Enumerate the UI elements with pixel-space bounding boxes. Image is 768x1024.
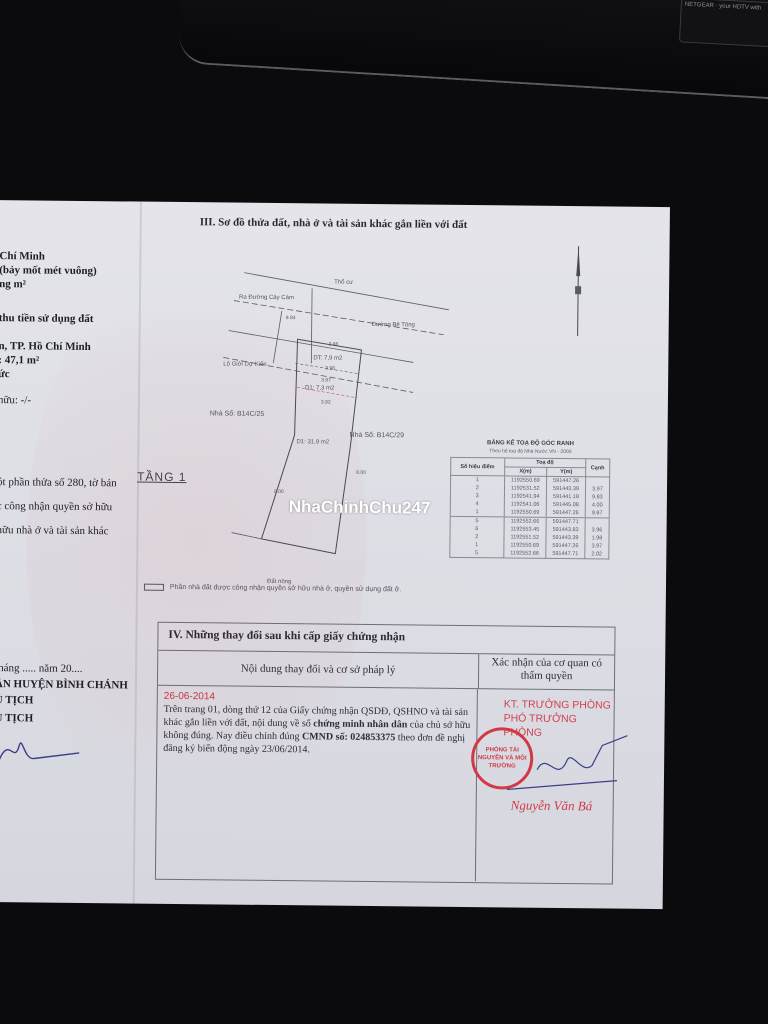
svg-text:3.96: 3.96 xyxy=(328,342,338,348)
svg-text:9.84: 9.84 xyxy=(286,315,296,321)
floor-label: TẦNG 1 xyxy=(137,470,186,485)
th-x: X(m) xyxy=(504,467,547,476)
svg-text:8.00: 8.00 xyxy=(274,489,284,495)
svg-text:8.00: 8.00 xyxy=(356,470,366,476)
neighbor-right-label: Nhà Số: B14C/29 xyxy=(350,432,405,440)
left-line: ột phần thửa số 280, tờ bản xyxy=(0,476,117,489)
coord-cell-y: 591447.26 xyxy=(547,476,586,485)
th-point: Số hiệu điểm xyxy=(451,457,505,476)
coord-cell-edge: 3.97 xyxy=(585,542,609,550)
left-line: tháng ..... năm 20.... xyxy=(0,662,83,675)
svg-text:DT: 7,9 m2: DT: 7,9 m2 xyxy=(313,355,343,361)
coord-cell-y: 591447.71 xyxy=(546,550,585,559)
neighbor-left-label: Nhà Số: B14C/25 xyxy=(210,410,265,418)
left-line: n, TP. Hồ Chí Minh xyxy=(0,340,91,353)
coord-row: 51192552.66591447.712.02 xyxy=(450,549,609,559)
changes-table: IV. Những thay đổi sau khi cấp giấy chứn… xyxy=(155,622,616,885)
th-y: Y(m) xyxy=(547,467,586,476)
left-line: (bảy mốt mét vuông) xyxy=(0,264,97,277)
svg-text:Đường Bê Tông: Đường Bê Tông xyxy=(372,322,415,328)
coord-table-subtitle: Theo hệ toạ độ Nhà Nước VN - 2000 xyxy=(450,448,610,456)
left-line: Ủ TỊCH xyxy=(0,712,33,724)
left-line: ức xyxy=(0,368,10,380)
col-content-header: Nội dung thay đổi và cơ sở pháp lý xyxy=(158,651,479,688)
left-line: hữu: -/- xyxy=(0,394,31,406)
coord-cell-edge: 3.97 xyxy=(585,485,609,493)
confirm-cell: KT. TRƯỞNG PHÒNG PHÓ TRƯỞNG PHÒNG PHÒNG … xyxy=(476,689,614,882)
left-line: Chí Minh xyxy=(0,250,45,262)
svg-text:D1: 31,9 m2: D1: 31,9 m2 xyxy=(296,439,329,445)
col-confirm-header: Xác nhận của cơ quan có thẩm quyền xyxy=(479,654,614,689)
device-label: NETGEAR · your HDTV with xyxy=(679,0,768,48)
left-line: c công nhận quyền sở hữu xyxy=(0,500,112,513)
coord-cell-point: 5 xyxy=(450,549,504,558)
left-line: : 47,1 m² xyxy=(0,354,39,366)
brand-watermark: NhaChinhChu247 xyxy=(289,497,431,518)
entry-bold: chứng minh nhân dân xyxy=(313,718,407,730)
legend-swatch xyxy=(144,584,164,591)
svg-text:Ra Đường Cây Cám: Ra Đường Cây Cám xyxy=(239,295,294,302)
left-line: hữu nhà ở và tài sản khác xyxy=(0,524,109,537)
svg-text:3.96: 3.96 xyxy=(325,366,335,372)
section3-title: III. Sơ đồ thửa đất, nhà ở và tài sản kh… xyxy=(200,216,468,231)
coord-cell-edge: 1.98 xyxy=(585,534,609,542)
signature xyxy=(477,689,628,811)
certificate-page: III. Sơ đồ thửa đất, nhà ở và tài sản kh… xyxy=(0,200,670,909)
svg-text:D1: 7,3 m2: D1: 7,3 m2 xyxy=(305,385,335,391)
coord-cell-edge xyxy=(585,518,609,527)
svg-text:3.97: 3.97 xyxy=(321,377,331,383)
coord-cell-edge: 9.83 xyxy=(585,493,609,501)
svg-text:Lộ Giới Dự Kiến: Lộ Giới Dự Kiến xyxy=(223,361,266,367)
left-signature xyxy=(0,730,84,771)
coord-cell-y: 591447.71 xyxy=(546,517,585,526)
plot-plan: Thổ cư Ra Đường Cây Cám Đường Bê Tông Lộ… xyxy=(211,262,454,594)
coord-table: Số hiệu điểm Toạ độ Cạnh X(m) Y(m) 11192… xyxy=(449,457,610,560)
change-entry: 26-06-2014 Trên trang 01, dòng thứ 12 củ… xyxy=(156,686,478,881)
left-line: ÂN HUYỆN BÌNH CHÁNH xyxy=(0,678,128,691)
signer-name: Nguyễn Văn Bá xyxy=(511,797,593,814)
coord-cell-edge: 9.87 xyxy=(585,509,609,518)
left-line: Ủ TỊCH xyxy=(0,694,33,706)
svg-text:3.92: 3.92 xyxy=(321,399,331,405)
entry-id-number: CMND số: 024853375 xyxy=(302,731,395,743)
coord-cell-edge: 4.00 xyxy=(585,501,609,509)
coord-table-title: BẢNG KÊ TOẠ ĐỘ GÓC RANH xyxy=(450,440,610,448)
svg-text:Thổ cư: Thổ cư xyxy=(334,279,353,286)
coord-cell-edge: 2.02 xyxy=(585,550,609,559)
th-edge: Cạnh xyxy=(586,459,610,477)
coord-cell-x: 1192552.66 xyxy=(503,549,546,558)
left-line: thu tiền sử dụng đất xyxy=(0,312,93,325)
coord-cell-edge: 3.96 xyxy=(585,526,609,534)
north-arrow-icon xyxy=(573,246,584,336)
left-line: ng m² xyxy=(0,278,26,290)
coord-cell-edge xyxy=(585,477,609,486)
